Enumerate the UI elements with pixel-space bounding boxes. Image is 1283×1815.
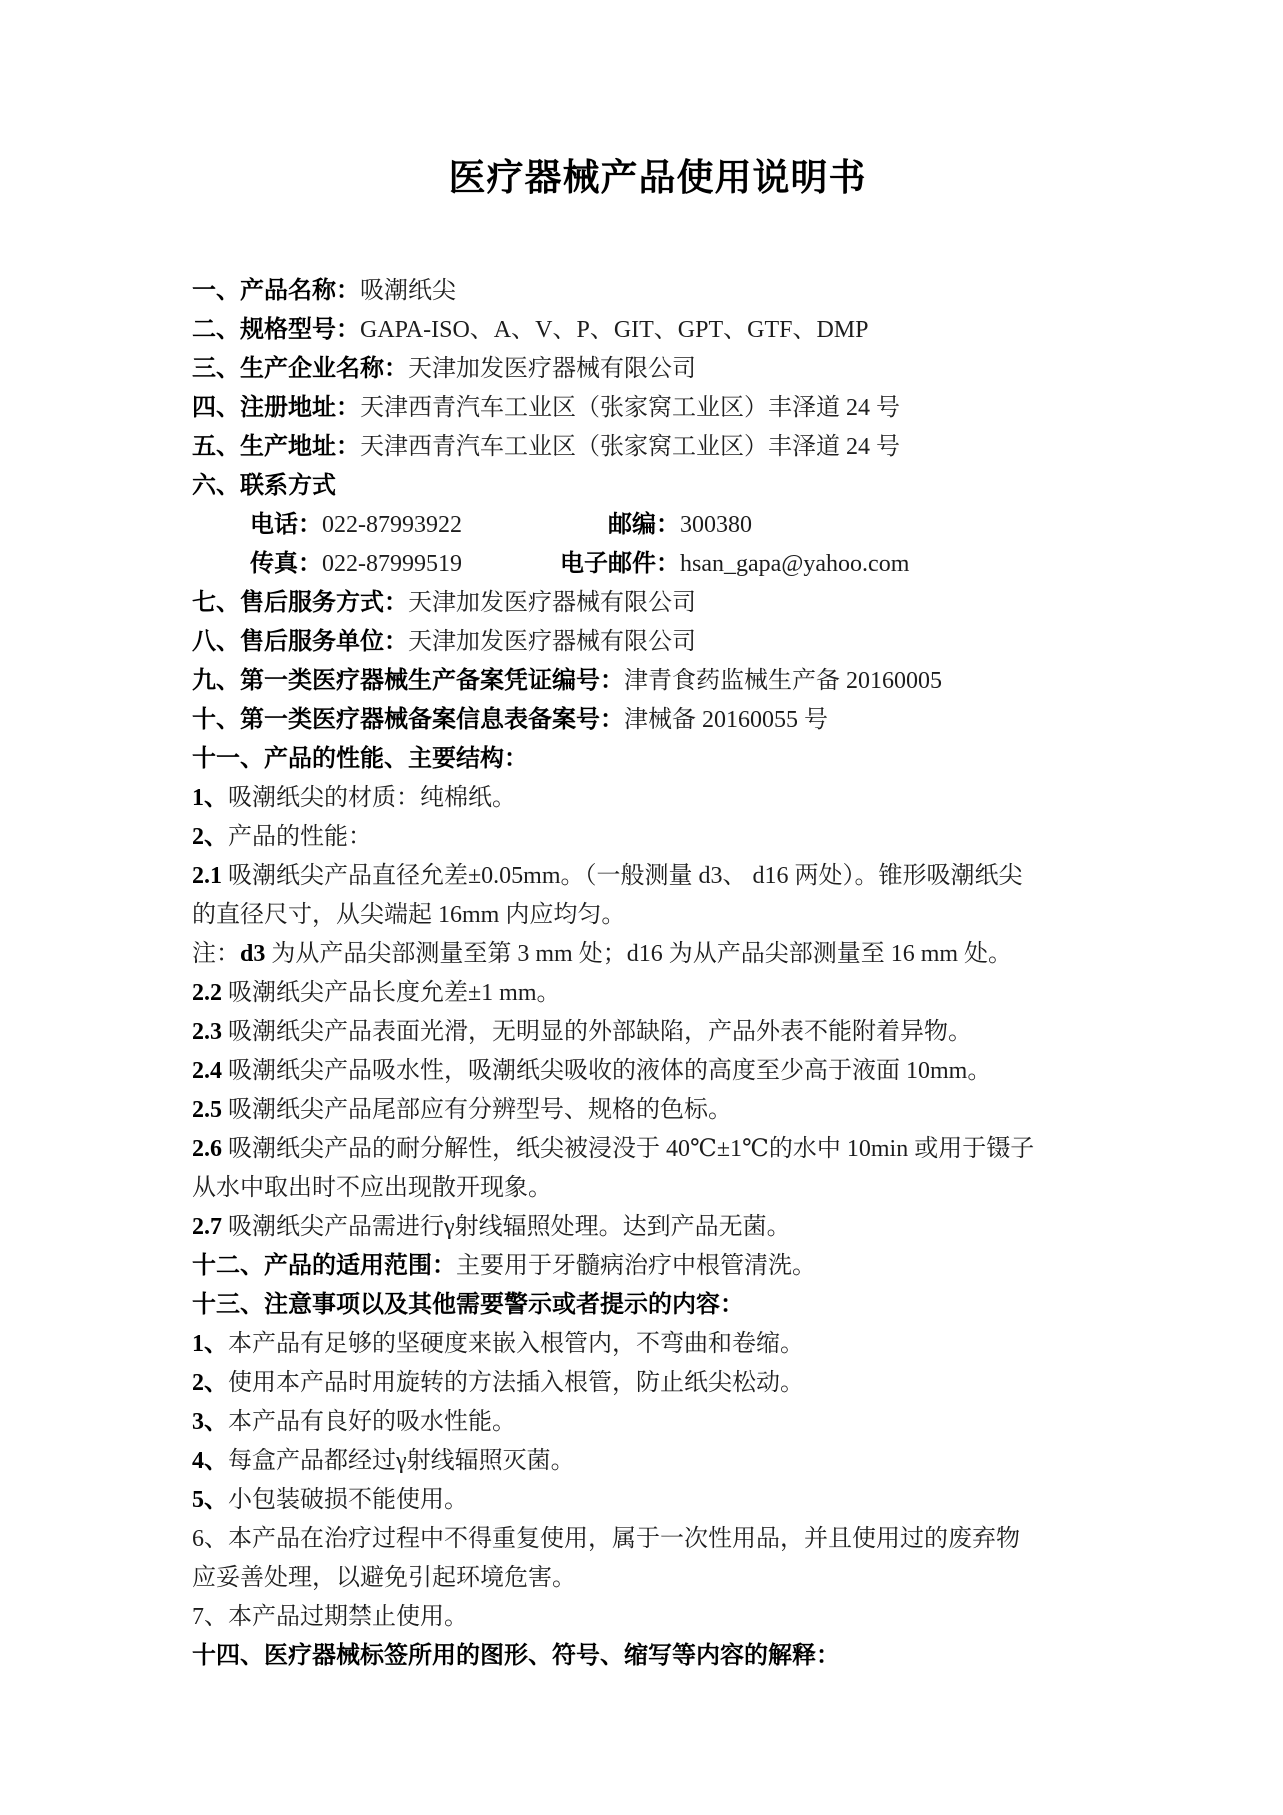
doc-line: 2.4 吸潮纸尖产品吸水性，吸潮纸尖吸收的液体的高度至少高于液面 10mm。 [192, 1052, 1123, 1091]
field-label: 十、第一类医疗器械备案信息表备案号： [192, 707, 624, 733]
doc-line: 七、售后服务方式：天津加发医疗器械有限公司 [192, 584, 1123, 623]
field-label: 邮编： [550, 506, 680, 545]
field-value: 7、本产品过期禁止使用。 [192, 1604, 468, 1630]
field-value: 6、本产品在治疗过程中不得重复使用，属于一次性用品，并且使用过的废弃物 [192, 1526, 1020, 1552]
doc-line: 九、第一类医疗器械生产备案凭证编号：津青食药监械生产备 20160005 [192, 662, 1123, 701]
field-label: 七、售后服务方式： [192, 590, 408, 616]
field-value: 天津西青汽车工业区（张家窝工业区）丰泽道 24 号 [360, 434, 900, 460]
doc-line: 三、生产企业名称：天津加发医疗器械有限公司 [192, 350, 1123, 389]
field-value: 天津加发医疗器械有限公司 [408, 356, 696, 382]
field-value: 吸潮纸尖产品表面光滑，无明显的外部缺陷，产品外表不能附着异物。 [228, 1019, 972, 1045]
field-value: 吸潮纸尖产品直径允差±0.05mm。（一般测量 d3、 d16 两处）。锥形吸潮… [228, 863, 1023, 889]
field-label: 十二、产品的适用范围： [192, 1253, 456, 1279]
doc-line: 十三、注意事项以及其他需要警示或者提示的内容： [192, 1286, 1123, 1325]
field-label: 2、 [192, 1370, 228, 1396]
doc-line: 二、规格型号：GAPA-ISO、A、V、P、GIT、GPT、GTF、DMP [192, 311, 1123, 350]
field-label: 六、联系方式 [192, 473, 336, 499]
field-label: 2.2 [192, 980, 228, 1006]
field-value: 本产品有良好的吸水性能。 [228, 1409, 516, 1435]
field-label: 一、产品名称： [192, 278, 360, 304]
doc-line: 的直径尺寸，从尖端起 16mm 内应均匀。 [192, 896, 1123, 935]
doc-line: 7、本产品过期禁止使用。 [192, 1598, 1123, 1637]
field-label: 2、 [192, 824, 228, 850]
doc-line: 2、使用本产品时用旋转的方法插入根管，防止纸尖松动。 [192, 1364, 1123, 1403]
doc-line: 2.2 吸潮纸尖产品长度允差±1 mm。 [192, 974, 1123, 1013]
doc-line: 从水中取出时不应出现散开现象。 [192, 1169, 1123, 1208]
field-label: 3、 [192, 1409, 228, 1435]
field-value: 每盒产品都经过γ射线辐照灭菌。 [228, 1448, 575, 1474]
doc-line: 八、售后服务单位：天津加发医疗器械有限公司 [192, 623, 1123, 662]
field-value: 吸潮纸尖的材质：纯棉纸。 [228, 785, 516, 811]
field-label: 九、第一类医疗器械生产备案凭证编号： [192, 668, 624, 694]
field-value: 津械备 20160055 号 [624, 707, 828, 733]
field-value: hsan_gapa@yahoo.com [680, 551, 909, 577]
doc-line: 十四、医疗器械标签所用的图形、符号、缩写等内容的解释： [192, 1637, 1123, 1676]
document-lines: 一、产品名称：吸潮纸尖二、规格型号：GAPA-ISO、A、V、P、GIT、GPT… [192, 272, 1123, 1676]
doc-line: 注：d3 为从产品尖部测量至第 3 mm 处；d16 为从产品尖部测量至 16 … [192, 935, 1123, 974]
contact-line: 电话：022-87993922邮编：300380 [192, 506, 1123, 545]
field-label: 十三、注意事项以及其他需要警示或者提示的内容： [192, 1292, 744, 1318]
contact-pair: 传真：022-87999519 [250, 545, 550, 584]
field-value: 的直径尺寸，从尖端起 16mm 内应均匀。 [192, 902, 625, 928]
document-page: 医疗器械产品使用说明书 一、产品名称：吸潮纸尖二、规格型号：GAPA-ISO、A… [0, 0, 1283, 1815]
field-value: 吸潮纸尖产品需进行γ射线辐照处理。达到产品无菌。 [228, 1214, 791, 1240]
field-label: 三、生产企业名称： [192, 356, 408, 382]
field-label: 四、注册地址： [192, 395, 360, 421]
field-value: 022-87993922 [322, 512, 462, 538]
field-value: 应妥善处理，以避免引起环境危害。 [192, 1565, 576, 1591]
doc-line: 2.1 吸潮纸尖产品直径允差±0.05mm。（一般测量 d3、 d16 两处）。… [192, 857, 1123, 896]
field-label: 二、规格型号： [192, 317, 360, 343]
doc-line: 五、生产地址：天津西青汽车工业区（张家窝工业区）丰泽道 24 号 [192, 428, 1123, 467]
doc-line: 1、本产品有足够的坚硬度来嵌入根管内，不弯曲和卷缩。 [192, 1325, 1123, 1364]
field-label: d3 [240, 941, 271, 967]
field-label: 十一、产品的性能、主要结构： [192, 746, 528, 772]
doc-line: 一、产品名称：吸潮纸尖 [192, 272, 1123, 311]
doc-line: 2.6 吸潮纸尖产品的耐分解性，纸尖被浸没于 40℃±1℃的水中 10min 或… [192, 1130, 1123, 1169]
doc-line: 2、产品的性能： [192, 818, 1123, 857]
field-label: 传真： [250, 551, 322, 577]
document-title: 医疗器械产品使用说明书 [192, 150, 1123, 208]
field-value: 天津加发医疗器械有限公司 [408, 590, 696, 616]
field-value: 天津西青汽车工业区（张家窝工业区）丰泽道 24 号 [360, 395, 900, 421]
field-value: 小包装破损不能使用。 [228, 1487, 468, 1513]
field-label: 电子邮件： [550, 545, 680, 584]
doc-line: 六、联系方式 [192, 467, 1123, 506]
doc-line: 十、第一类医疗器械备案信息表备案号：津械备 20160055 号 [192, 701, 1123, 740]
doc-line: 4、每盒产品都经过γ射线辐照灭菌。 [192, 1442, 1123, 1481]
field-value: 产品的性能： [228, 824, 372, 850]
field-label: 4、 [192, 1448, 228, 1474]
doc-line: 6、本产品在治疗过程中不得重复使用，属于一次性用品，并且使用过的废弃物 [192, 1520, 1123, 1559]
field-label: 2.3 [192, 1019, 228, 1045]
doc-line: 1、吸潮纸尖的材质：纯棉纸。 [192, 779, 1123, 818]
doc-line: 2.7 吸潮纸尖产品需进行γ射线辐照处理。达到产品无菌。 [192, 1208, 1123, 1247]
contact-pair: 电话：022-87993922 [250, 506, 550, 545]
field-label: 2.7 [192, 1214, 228, 1240]
field-value: 吸潮纸尖产品尾部应有分辨型号、规格的色标。 [228, 1097, 732, 1123]
field-value: 022-87999519 [322, 551, 462, 577]
document-body: 医疗器械产品使用说明书 一、产品名称：吸潮纸尖二、规格型号：GAPA-ISO、A… [0, 0, 1283, 1676]
field-value: 本产品有足够的坚硬度来嵌入根管内，不弯曲和卷缩。 [228, 1331, 804, 1357]
doc-line: 十二、产品的适用范围：主要用于牙髓病治疗中根管清洗。 [192, 1247, 1123, 1286]
field-value: 吸潮纸尖产品的耐分解性，纸尖被浸没于 40℃±1℃的水中 10min 或用于镊子 [228, 1136, 1034, 1162]
field-value: 使用本产品时用旋转的方法插入根管，防止纸尖松动。 [228, 1370, 804, 1396]
doc-line: 3、本产品有良好的吸水性能。 [192, 1403, 1123, 1442]
field-value: 天津加发医疗器械有限公司 [408, 629, 696, 655]
field-label: 5、 [192, 1487, 228, 1513]
field-value: 为从产品尖部测量至第 3 mm 处；d16 为从产品尖部测量至 16 mm 处。 [271, 941, 1012, 967]
field-label: 1、 [192, 1331, 228, 1357]
doc-line: 应妥善处理，以避免引起环境危害。 [192, 1559, 1123, 1598]
doc-line: 四、注册地址：天津西青汽车工业区（张家窝工业区）丰泽道 24 号 [192, 389, 1123, 428]
field-value: 吸潮纸尖产品吸水性，吸潮纸尖吸收的液体的高度至少高于液面 10mm。 [228, 1058, 991, 1084]
field-value: 主要用于牙髓病治疗中根管清洗。 [456, 1253, 816, 1279]
doc-line: 2.5 吸潮纸尖产品尾部应有分辨型号、规格的色标。 [192, 1091, 1123, 1130]
field-label: 1、 [192, 785, 228, 811]
field-value: 300380 [680, 512, 752, 538]
contact-line: 传真：022-87999519电子邮件：hsan_gapa@yahoo.com [192, 545, 1123, 584]
doc-line: 2.3 吸潮纸尖产品表面光滑，无明显的外部缺陷，产品外表不能附着异物。 [192, 1013, 1123, 1052]
field-value: 吸潮纸尖产品长度允差±1 mm。 [228, 980, 561, 1006]
doc-line: 5、小包装破损不能使用。 [192, 1481, 1123, 1520]
field-value: 吸潮纸尖 [360, 278, 456, 304]
field-label: 八、售后服务单位： [192, 629, 408, 655]
field-label: 电话： [250, 512, 322, 538]
field-label: 2.5 [192, 1097, 228, 1123]
field-label: 2.6 [192, 1136, 228, 1162]
field-value: 津青食药监械生产备 20160005 [624, 668, 942, 694]
field-label: 2.4 [192, 1058, 228, 1084]
field-label: 2.1 [192, 863, 228, 889]
doc-line: 十一、产品的性能、主要结构： [192, 740, 1123, 779]
field-value: 从水中取出时不应出现散开现象。 [192, 1175, 552, 1201]
field-label: 五、生产地址： [192, 434, 360, 460]
field-label: 十四、医疗器械标签所用的图形、符号、缩写等内容的解释： [192, 1643, 840, 1669]
field-value: GAPA-ISO、A、V、P、GIT、GPT、GTF、DMP [360, 317, 869, 343]
field-value: 注： [192, 941, 240, 967]
